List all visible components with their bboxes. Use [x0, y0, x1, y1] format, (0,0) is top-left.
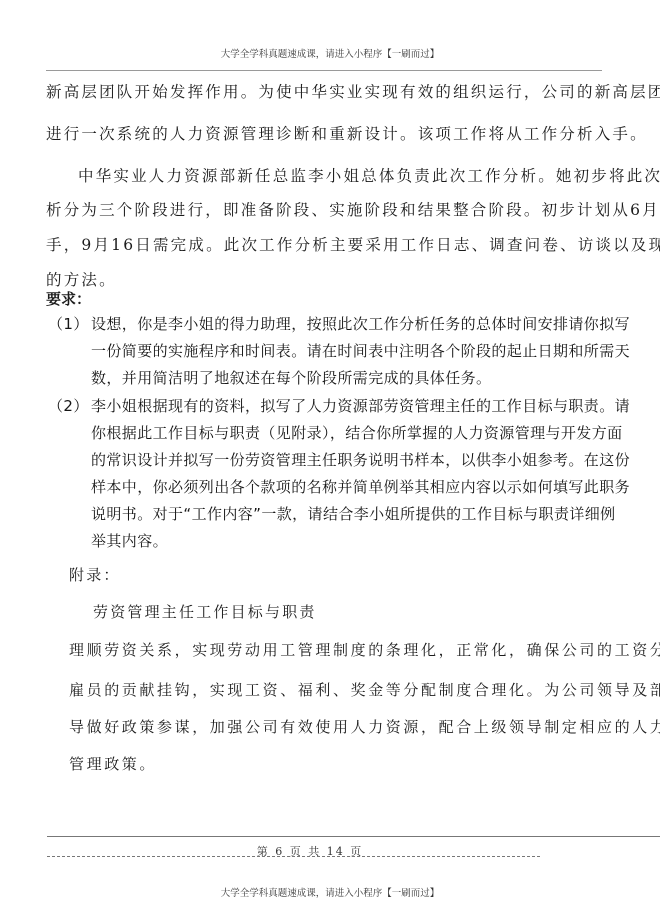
footer-divider — [47, 836, 660, 837]
requirement-line: 设想，你是李小姐的得力助理，按照此次工作分析任务的总体时间安排请你拟写 — [91, 313, 630, 334]
requirement-line: 一份简要的实施程序和时间表。请在时间表中注明各个阶段的起止日期和所需天 — [91, 340, 630, 361]
appendix-title: 劳资管理主任工作目标与职责 — [93, 601, 317, 622]
requirement-line: 你根据此工作目标与职责（见附录），结合你所掌握的人力资源管理与开发方面 — [91, 422, 623, 443]
appendix-label: 附录： — [69, 564, 121, 585]
footer-dashed-divider — [47, 856, 540, 857]
requirement-line: 样本中，你必须列出各个款项的名称并简单例举其相应内容以示如何填写此职务 — [91, 476, 630, 497]
intro-line-2: 进行一次系统的人力资源管理诊断和重新设计。该项工作将从工作分析入手。 — [46, 122, 648, 144]
header-watermark: 大学全学科真题速成课，请进入小程序【一刷而过】 — [0, 46, 660, 60]
requirements-label: 要求： — [46, 288, 91, 309]
header-divider — [46, 70, 602, 71]
para2-line-3: 手，9月16日需完成。此次工作分析主要采用工作日志、调查问卷、访谈以及现场观察 — [46, 233, 660, 255]
requirement-line: 说明书。对于“工作内容”一款，请结合李小姐所提供的工作目标与职责详细例 — [91, 503, 616, 524]
appendix-line-2: 雇员的贡献挂钩，实现工资、福利、奖金等分配制度合理化。为公司领导及部门领 — [69, 679, 660, 700]
para2-line-4: 的方法。 — [46, 268, 117, 290]
requirement-line: 李小姐根据现有的资料，拟写了人力资源部劳资管理主任的工作目标与职责。请 — [91, 395, 630, 416]
para2-line-1: 中华实业人力资源部新任总监李小姐总体负责此次工作分析。她初步将此次工作分 — [78, 164, 660, 186]
appendix-line-3: 导做好政策参谋，加强公司有效使用人力资源，配合上级领导制定相应的人力资源 — [69, 716, 660, 737]
requirement-line: 举其内容。 — [91, 530, 168, 551]
requirement-number: （2） — [48, 395, 89, 416]
para2-line-2: 析分为三个阶段进行，即准备阶段、实施阶段和结果整合阶段。初步计划从6月16日着 — [46, 198, 660, 220]
requirement-line: 的常识设计并拟写一份劳资管理主任职务说明书样本，以供李小姐参考。在这份 — [91, 449, 630, 470]
appendix-line-4: 管理政策。 — [69, 753, 157, 774]
requirement-number: （1） — [48, 313, 89, 334]
intro-line-1: 新高层团队开始发挥作用。为使中华实业实现有效的组织运行，公司的新高层团队决定 — [46, 80, 660, 102]
appendix-line-1: 理顺劳资关系，实现劳动用工管理制度的条理化，正常化，确保公司的工资分配与 — [69, 639, 660, 660]
footer-watermark: 大学全学科真题速成课，请进入小程序【一刷而过】 — [0, 885, 660, 899]
requirement-line: 数，并用简洁明了地叙述在每个阶段所需完成的具体任务。 — [91, 367, 491, 388]
